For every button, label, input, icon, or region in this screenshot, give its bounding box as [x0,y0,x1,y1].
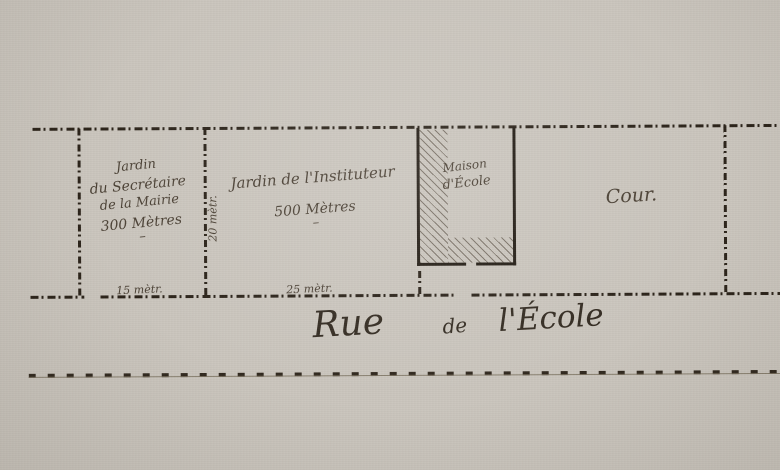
street-name-word-ecole: l'École [498,300,605,337]
divider-cour-east [723,125,727,294]
scanned-plan-page: Jardin du Secrétaire de la Mairie 300 Mè… [0,0,780,470]
street-south-edge [29,370,780,378]
north-boundary-line [32,124,779,131]
street-name-word-rue: Rue [311,304,385,344]
label-jardin-instituteur-line1: Jardin de l'Instituteur [230,164,396,191]
street-north-edge-left [30,296,84,299]
label-maison-ecole-line2: d'École [432,173,501,193]
street-north-edge-right [471,292,780,297]
measurement-front-secretaire: 15 mètr. [116,283,163,296]
school-hatching-south [448,237,513,262]
label-jardin-instituteur: Jardin de l'Instituteur 500 Mètres – [230,164,399,235]
measurement-depth: 20 mètr. [207,188,218,248]
divider-left-strip [77,129,81,298]
divider-school-entrance [418,271,421,295]
street-name-word-de: de [442,315,468,337]
school-south-wall-right [476,262,516,265]
school-south-wall-left [417,263,466,266]
label-cour: Cour. [605,185,657,207]
label-jardin-secretaire: Jardin du Secrétaire de la Mairie 300 Mè… [78,154,200,248]
school-hatching-west [419,130,448,263]
label-maison-ecole: Maison d'École [430,156,501,193]
measurement-front-instituteur: 25 mètr. [286,282,333,295]
plan-drawing: Jardin du Secrétaire de la Mairie 300 Mè… [0,0,780,470]
